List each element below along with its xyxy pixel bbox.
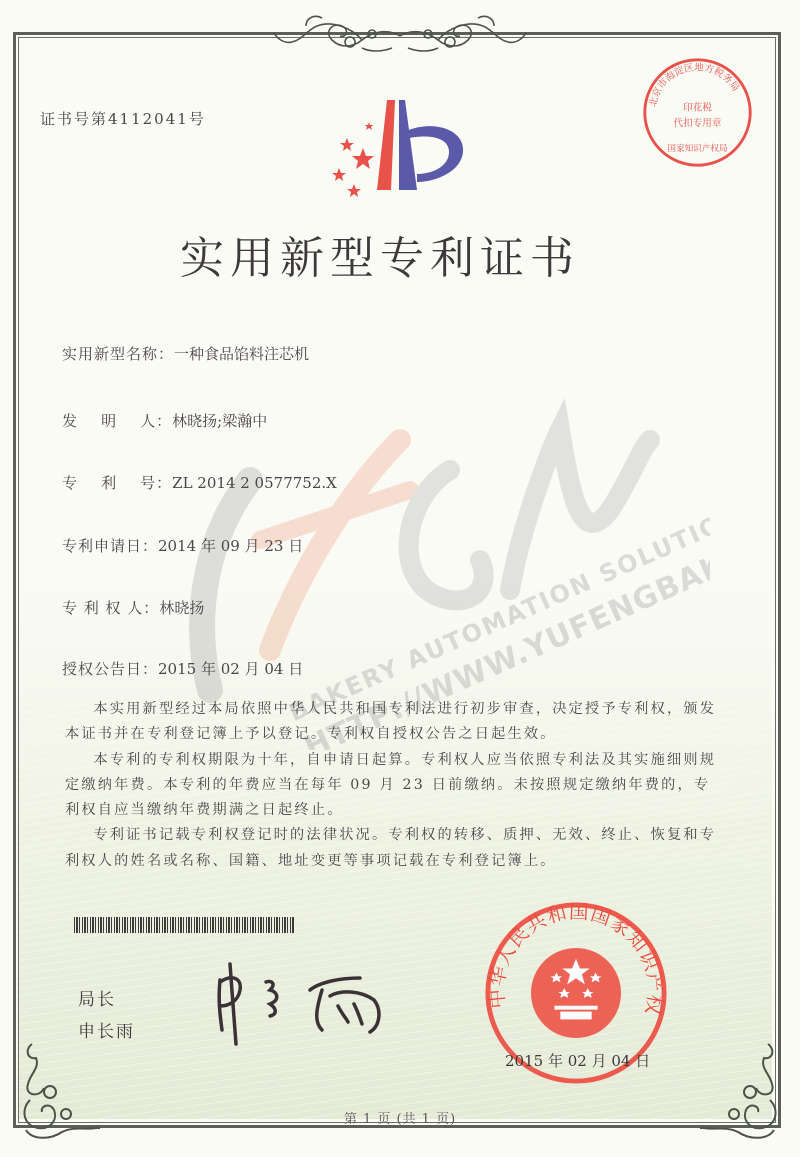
svg-text:国家知识产权局: 国家知识产权局 [667,142,728,154]
body-paragraph: 本实用新型经过本局依照中华人民共和国专利法进行初步审查，决定授予专利权，颁发本证… [65,697,725,748]
signatory-title: 局长 [78,985,116,1010]
corner-ornament-icon [10,1040,100,1150]
signatory-name: 申长雨 [78,1017,135,1042]
field-announcement-date: 授权公告日：2015 年 02 月 04 日 [62,658,303,679]
certificate-body: 本实用新型经过本局依照中华人民共和国专利法进行初步审查，决定授予专利权，颁发本证… [65,697,725,874]
corner-ornament-icon [700,1040,790,1150]
tax-stamp: 北京市海淀区地方税务局 印花税 代扣专用章 国家知识产权局 [640,55,755,170]
svg-text:代扣专用章: 代扣专用章 [674,117,722,129]
body-paragraph: 专利证书记载专利权登记时的法律状况。专利权的转移、质押、无效、终止、恢复和专利权… [65,823,725,874]
body-paragraph: 本专利的专利权期限为十年，自申请日起算。专利权人应当依照专利法及其实施细则规定缴… [65,748,725,824]
signature [210,960,410,1050]
top-ornament-icon [262,8,538,58]
page-number: 第 1 页 (共 1 页) [0,1108,800,1127]
field-patent-number: 专 利 号：ZL 2014 2 0577752.X [62,472,337,493]
field-utility-model-name: 实用新型名称：一种食品馅料注芯机 [62,343,309,364]
certificate-number: 证书号第4112041号 [40,108,206,129]
field-patentee: 专 利 权 人：林晓扬 [62,597,204,618]
cnipa-logo-icon [325,90,475,210]
field-inventors: 发 明 人：林晓扬;梁瀚中 [62,410,267,431]
certificate-title: 实用新型专利证书 [0,222,760,286]
seal-date: 2015 年 02 月 04 日 [505,1050,650,1071]
field-application-date: 专利申请日：2014 年 09 月 23 日 [62,535,303,556]
barcode [74,917,294,933]
svg-text:印花税: 印花税 [683,102,712,114]
